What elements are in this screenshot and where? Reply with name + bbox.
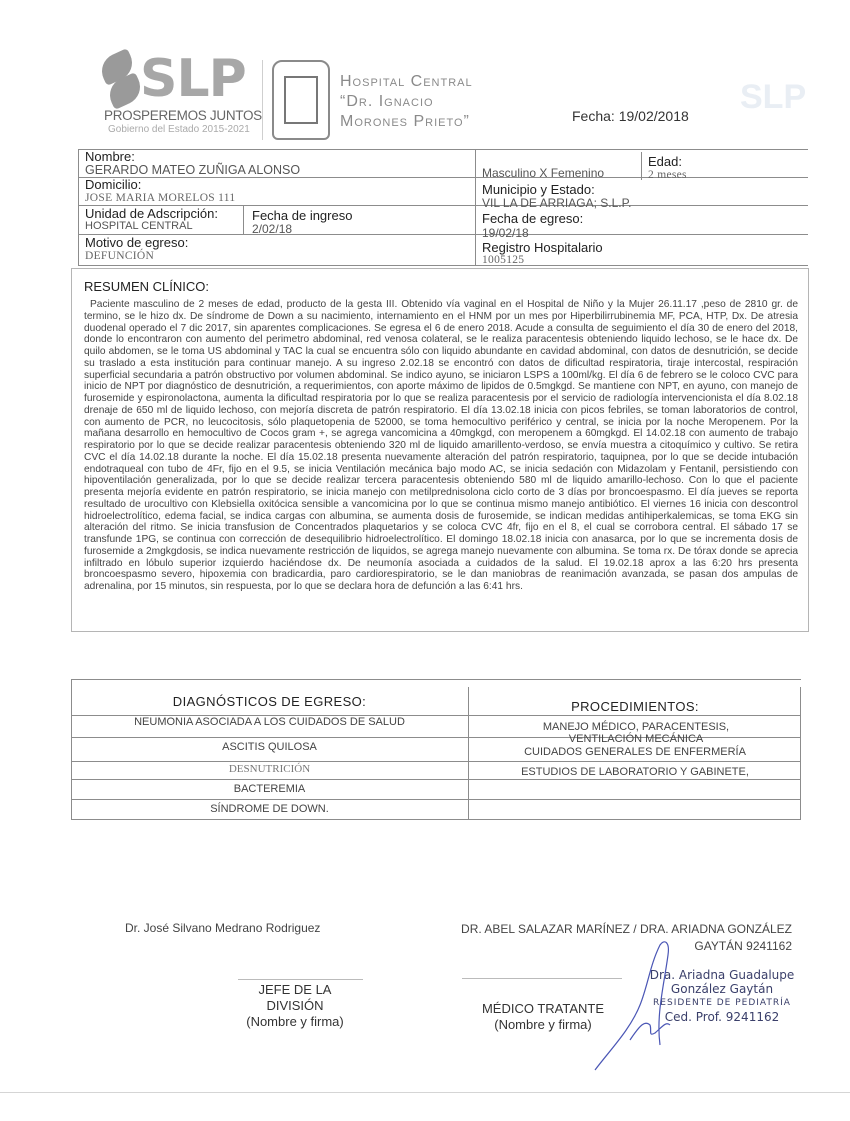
table-line bbox=[71, 799, 801, 800]
header-divider bbox=[262, 60, 263, 140]
registro-value: 1005125 bbox=[482, 254, 524, 266]
signature-line bbox=[238, 979, 363, 980]
grid-line bbox=[641, 152, 642, 180]
nombre-label: Nombre: bbox=[85, 149, 135, 164]
slogan: PROSPEREMOS JUNTOS bbox=[104, 108, 262, 123]
diagnosis-item: DESNUTRICIÓN bbox=[71, 763, 468, 775]
nombre-value: GERARDO MATEO ZUÑIGA ALONSO bbox=[85, 163, 300, 177]
page-bottom-edge bbox=[0, 1092, 850, 1093]
diagnoses-title: DIAGNÓSTICOS DE EGRESO: bbox=[71, 694, 468, 709]
unidad-label: Unidad de Adscripción: bbox=[85, 206, 218, 221]
procedure-item: CUIDADOS GENERALES DE ENFERMERÍA bbox=[469, 746, 801, 758]
diagnosis-item: BACTEREMIA bbox=[71, 783, 468, 795]
clinical-summary-box: RESUMEN CLÍNICO: Paciente masculino de 2… bbox=[71, 268, 809, 632]
motivo-value: DEFUNCIÓN bbox=[85, 250, 154, 262]
grid-line bbox=[78, 149, 79, 265]
government-period: Gobierno del Estado 2015-2021 bbox=[108, 124, 250, 135]
grid-line bbox=[243, 205, 244, 234]
registro-label: Registro Hospitalario bbox=[482, 240, 603, 255]
division-chief-name: Dr. José Silvano Medrano Rodriguez bbox=[125, 921, 320, 935]
procedure-item: MANEJO MÉDICO, PARACENTESIS, VENTILACIÓN… bbox=[511, 721, 761, 745]
table-line bbox=[71, 679, 801, 680]
hospital-name-line3: Morones Prieto” bbox=[340, 112, 473, 132]
clinical-summary-title: RESUMEN CLÍNICO: bbox=[84, 279, 209, 294]
motivo-label: Motivo de egreso: bbox=[85, 235, 188, 250]
date-label: Fecha: bbox=[572, 108, 615, 124]
division-chief-role: JEFE DE LA DIVISIÓN (Nombre y firma) bbox=[225, 982, 365, 1030]
ingreso-label: Fecha de ingreso bbox=[252, 208, 352, 223]
grid-line bbox=[78, 149, 808, 150]
bleedthrough-watermark: SLP bbox=[740, 78, 806, 117]
grid-line bbox=[78, 177, 808, 178]
clinical-summary-text: Paciente masculino de 2 meses de edad, p… bbox=[84, 299, 798, 593]
role-line: JEFE DE LA bbox=[225, 982, 365, 998]
municipio-value: VIL LA DE ARRIAGA; S.L.P. bbox=[482, 196, 631, 210]
procedures-title: PROCEDIMIENTOS: bbox=[469, 699, 801, 714]
grid-line bbox=[475, 149, 476, 265]
diagnosis-item: SÍNDROME DE DOWN. bbox=[71, 803, 468, 815]
sexo-value: Masculino X Femenino bbox=[482, 166, 604, 180]
procedure-item: ESTUDIOS DE LABORATORIO Y GABINETE, bbox=[469, 766, 801, 778]
domicilio-value: JOSE MARIA MORELOS 111 bbox=[85, 192, 235, 204]
edad-value: 2 meses bbox=[648, 169, 687, 181]
egreso-value: 19/02/18 bbox=[482, 226, 529, 240]
handwritten-signature-icon bbox=[590, 935, 700, 1075]
edad-label: Edad: bbox=[648, 154, 682, 169]
diagnoses-procedures-table: DIAGNÓSTICOS DE EGRESO: PROCEDIMIENTOS: … bbox=[71, 679, 801, 820]
diagnosis-item: NEUMONIA ASOCIADA A LOS CUIDADOS DE SALU… bbox=[71, 716, 468, 728]
slp-logo: SLP bbox=[100, 48, 250, 110]
hospital-name: Hospital Central “Dr. Ignacio Morones Pr… bbox=[340, 72, 473, 132]
unidad-value: HOSPITAL CENTRAL bbox=[85, 220, 193, 232]
date-value: 19/02/2018 bbox=[619, 108, 689, 124]
logo-text: SLP bbox=[140, 48, 246, 110]
municipio-label: Municipio y Estado: bbox=[482, 182, 595, 197]
domicilio-label: Domicilio: bbox=[85, 177, 141, 192]
table-line bbox=[71, 819, 801, 820]
table-line bbox=[71, 779, 801, 780]
document-date: Fecha: 19/02/2018 bbox=[572, 108, 689, 124]
table-line bbox=[71, 761, 801, 762]
grid-line bbox=[78, 265, 808, 266]
hospital-name-line1: Hospital Central bbox=[340, 72, 473, 92]
coat-of-arms-icon bbox=[272, 60, 330, 140]
diagnosis-item: ASCITIS QUILOSA bbox=[71, 741, 468, 753]
role-line: DIVISIÓN bbox=[225, 998, 365, 1014]
role-line: (Nombre y firma) bbox=[225, 1014, 365, 1030]
hospital-name-line2: “Dr. Ignacio bbox=[340, 92, 473, 112]
egreso-label: Fecha de egreso: bbox=[482, 211, 583, 226]
ingreso-value: 2/02/18 bbox=[252, 222, 292, 236]
